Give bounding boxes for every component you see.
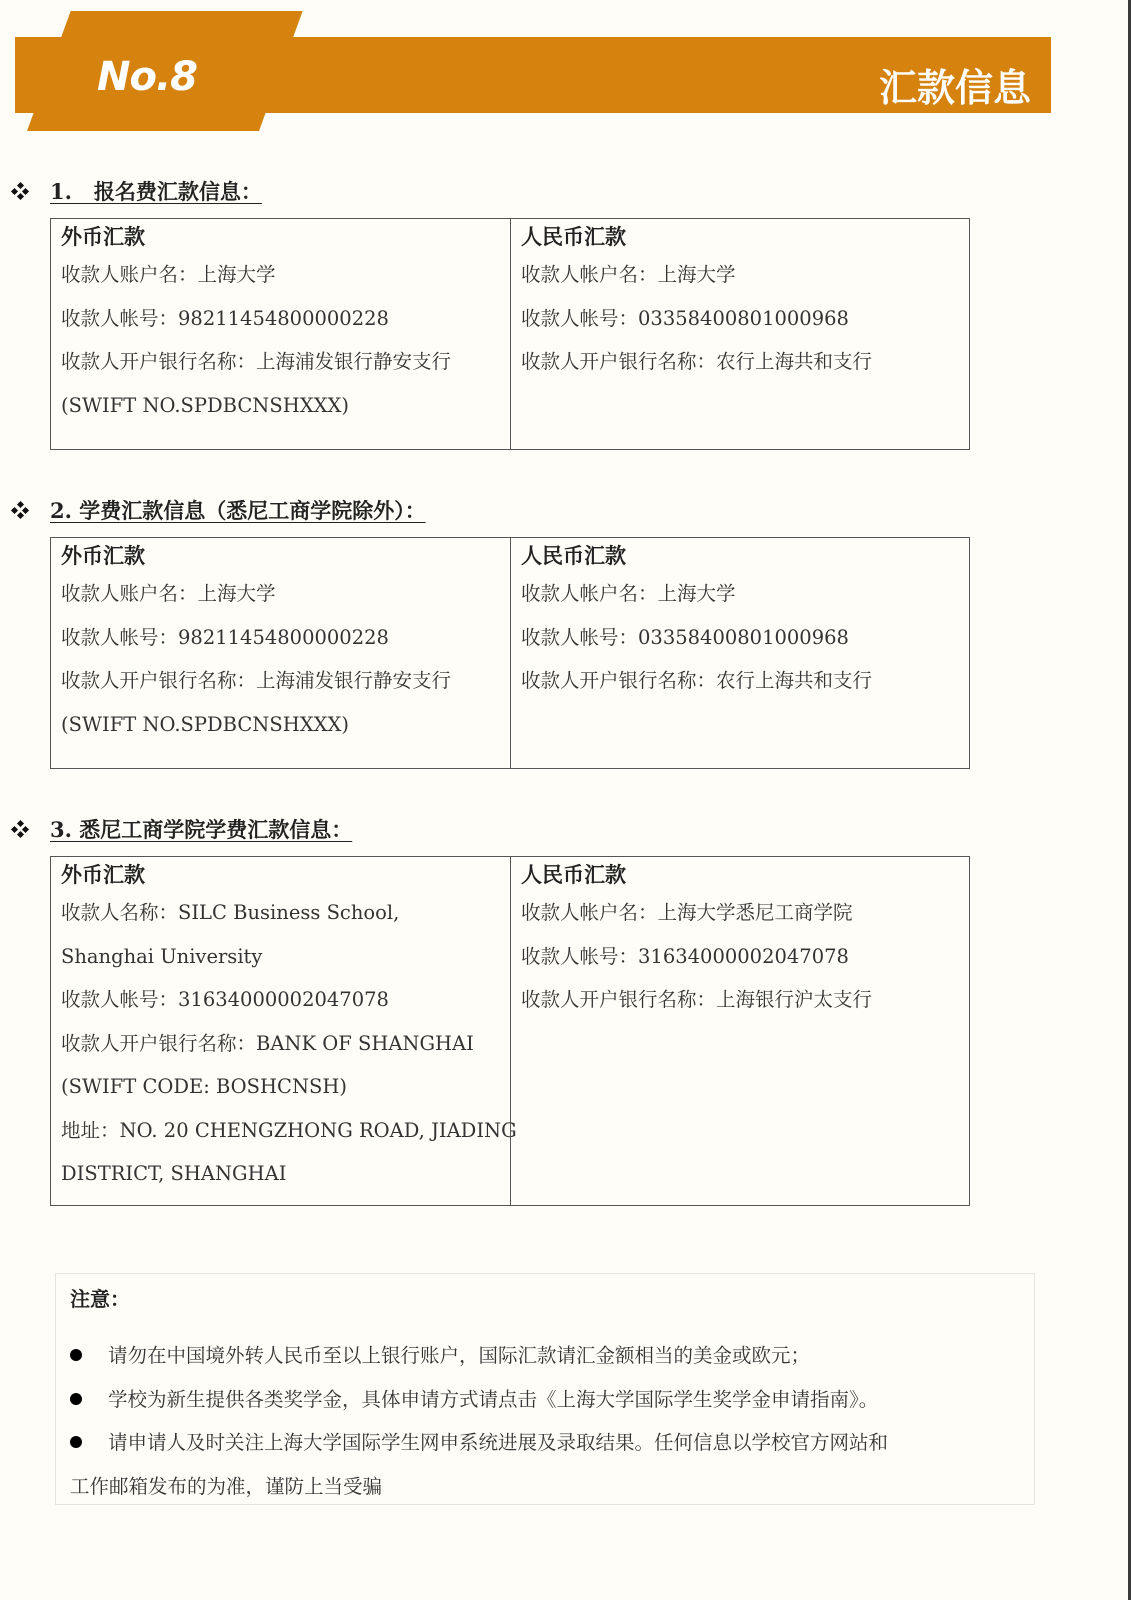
rmb-column: 人民币汇款 收款人帐户名：上海大学悉尼工商学院 收款人帐号：3163400000…	[510, 857, 969, 1205]
column-title: 外币汇款	[61, 221, 500, 253]
info-line: 收款人帐号：98211454800000228	[61, 616, 500, 660]
foreign-currency-column: 外币汇款 收款人账户名：上海大学 收款人帐号：98211454800000228…	[51, 538, 510, 768]
rmb-column: 人民币汇款 收款人帐户名：上海大学 收款人帐号：0335840080100096…	[510, 219, 969, 449]
bullet-dot-icon	[70, 1436, 82, 1448]
info-line: (SWIFT CODE: BOSHCNSH)	[61, 1065, 500, 1109]
note-item-text: 学校为新生提供各类奖学金，具体申请方式请点击《上海大学国际学生奖学金申请指南》。	[108, 1388, 878, 1411]
bullet-dot-icon	[70, 1349, 82, 1361]
section-heading-2: 2. 学费汇款信息（悉尼工商学院除外）：	[12, 495, 426, 525]
foreign-currency-column: 外币汇款 收款人账户名：上海大学 收款人帐号：98211454800000228…	[51, 219, 510, 449]
note-item: 请勿在中国境外转人民币至以上银行账户，国际汇款请汇金额相当的美金或欧元；	[70, 1340, 810, 1368]
info-line: 收款人帐号：03358400801000968	[521, 297, 959, 341]
info-line: 收款人开户银行名称：上海浦发银行静安支行	[61, 340, 500, 384]
info-line: 收款人帐号：31634000002047078	[521, 935, 959, 979]
diamond-bullet-icon	[12, 821, 28, 837]
info-line: 收款人帐号：31634000002047078	[61, 978, 500, 1022]
page-title: 汇款信息	[879, 57, 1031, 112]
info-line: 收款人名称：SILC Business School,	[61, 891, 500, 935]
section-heading-text: 1. 报名费汇款信息：	[50, 176, 262, 206]
info-line: (SWIFT NO.SPDBCNSHXXX)	[61, 384, 500, 428]
note-item: 学校为新生提供各类奖学金，具体申请方式请点击《上海大学国际学生奖学金申请指南》。	[70, 1384, 878, 1412]
info-line: 收款人开户银行名称：农行上海共和支行	[521, 340, 959, 384]
section-heading-3: 3. 悉尼工商学院学费汇款信息：	[12, 814, 352, 844]
section-heading-text: 2. 学费汇款信息（悉尼工商学院除外）：	[50, 495, 426, 525]
section-heading-1: 1. 报名费汇款信息：	[12, 176, 262, 206]
info-line: 收款人开户银行名称：农行上海共和支行	[521, 659, 959, 703]
info-line: 收款人帐号：98211454800000228	[61, 297, 500, 341]
foreign-currency-column: 外币汇款 收款人名称：SILC Business School, Shangha…	[51, 857, 510, 1205]
column-title: 外币汇款	[61, 859, 500, 891]
payment-table-3: 外币汇款 收款人名称：SILC Business School, Shangha…	[50, 856, 970, 1206]
info-line: 收款人开户银行名称：上海银行沪太支行	[521, 978, 959, 1022]
info-line: 收款人帐户名：上海大学	[521, 253, 959, 297]
section-heading-text: 3. 悉尼工商学院学费汇款信息：	[50, 814, 352, 844]
column-title: 人民币汇款	[521, 859, 959, 891]
info-line: 收款人开户银行名称：BANK OF SHANGHAI	[61, 1022, 500, 1066]
info-line: (SWIFT NO.SPDBCNSHXXX)	[61, 703, 500, 747]
payment-table-2: 外币汇款 收款人账户名：上海大学 收款人帐号：98211454800000228…	[50, 537, 970, 769]
info-line: 收款人帐户名：上海大学悉尼工商学院	[521, 891, 959, 935]
diamond-bullet-icon	[12, 502, 28, 518]
section-number: No.8	[97, 54, 197, 100]
info-line: Shanghai University	[61, 935, 500, 979]
note-item: 请申请人及时关注上海大学国际学生网申系统进展及录取结果。任何信息以学校官方网站和	[70, 1427, 888, 1455]
rmb-column: 人民币汇款 收款人帐户名：上海大学 收款人帐号：0335840080100096…	[510, 538, 969, 768]
note-title: 注意：	[70, 1283, 130, 1312]
note-item-text: 请勿在中国境外转人民币至以上银行账户，国际汇款请汇金额相当的美金或欧元；	[108, 1344, 810, 1367]
info-line: 收款人开户银行名称：上海浦发银行静安支行	[61, 659, 500, 703]
payment-table-1: 外币汇款 收款人账户名：上海大学 收款人帐号：98211454800000228…	[50, 218, 970, 450]
column-title: 人民币汇款	[521, 540, 959, 572]
info-line: 收款人账户名：上海大学	[61, 572, 500, 616]
diamond-bullet-icon	[12, 183, 28, 199]
note-item-continuation: 工作邮箱发布的为准，谨防上当受骗	[70, 1471, 382, 1499]
info-line: 地址：NO. 20 CHENGZHONG ROAD, JIADING	[61, 1109, 500, 1153]
note-box: 注意： 请勿在中国境外转人民币至以上银行账户，国际汇款请汇金额相当的美金或欧元；…	[55, 1273, 1035, 1505]
note-item-text: 请申请人及时关注上海大学国际学生网申系统进展及录取结果。任何信息以学校官方网站和	[108, 1431, 888, 1454]
column-title: 外币汇款	[61, 540, 500, 572]
bullet-dot-icon	[70, 1393, 82, 1405]
info-line: 收款人帐号：03358400801000968	[521, 616, 959, 660]
info-line: 收款人帐户名：上海大学	[521, 572, 959, 616]
column-title: 人民币汇款	[521, 221, 959, 253]
info-line: DISTRICT, SHANGHAI	[61, 1152, 500, 1196]
info-line: 收款人账户名：上海大学	[61, 253, 500, 297]
